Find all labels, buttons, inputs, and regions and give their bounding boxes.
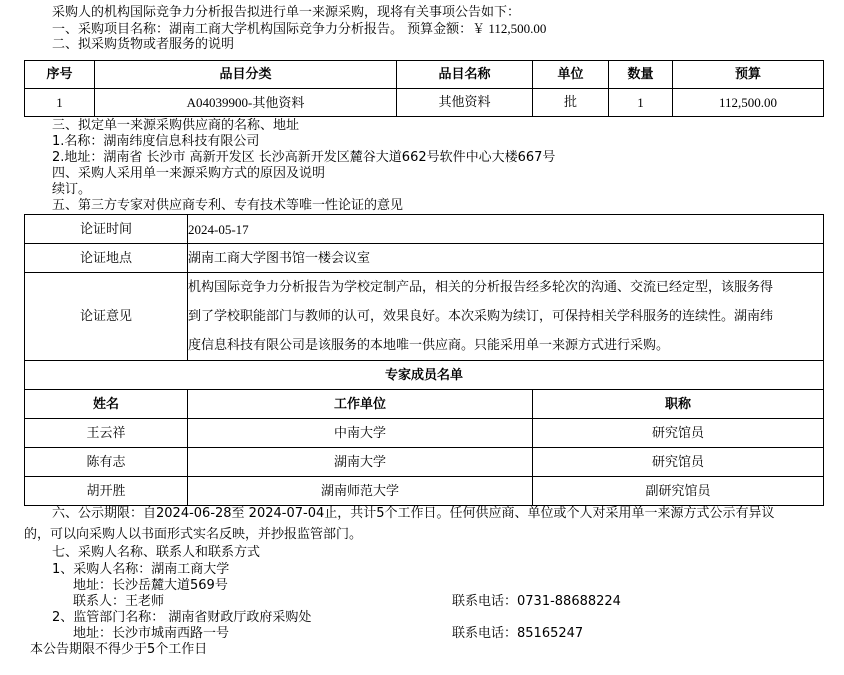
table-row: 王云祥 中南大学 研究馆员 — [25, 419, 824, 448]
items-table-header: 序号 品目分类 品目名称 单位 数量 预算 — [25, 61, 824, 89]
header-expert-title: 职称 — [533, 390, 824, 419]
purchaser-address: 地址：长沙岳麓大道569号 — [73, 578, 228, 594]
table-row: 陈有志 湖南大学 研究馆员 — [25, 448, 824, 477]
cell-unit: 批 — [533, 89, 609, 117]
section-2-title: 二、拟采购货物或者服务的说明 — [52, 37, 234, 53]
experts-title-row: 专家成员名单 — [25, 361, 824, 390]
supervisor-phone: 联系电话：85165247 — [452, 626, 583, 642]
review-time-value: 2024-05-17 — [188, 215, 824, 244]
purchaser-phone: 联系电话：0731-88688224 — [452, 594, 621, 610]
section-5-title: 五、第三方专家对供应商专利、专有技术等唯一性论证的意见 — [52, 198, 403, 214]
review-place-value: 湖南工商大学图书馆一楼会议室 — [188, 244, 824, 273]
review-opinion-row: 论证意见 机构国际竞争力分析报告为学校定制产品，相关的分析报告经多轮次的沟通、交… — [25, 273, 824, 361]
section-1-label: 一、采购项目名称：湖南工商大学机构国际竞争力分析报告。 预算金额： — [52, 22, 472, 37]
experts-header-row: 姓名 工作单位 职称 — [25, 390, 824, 419]
review-table: 论证时间 2024-05-17 论证地点 湖南工商大学图书馆一楼会议室 论证意见… — [24, 214, 824, 506]
section-7-title: 七、采购人名称、联系人和联系方式 — [52, 545, 260, 561]
cell-index: 1 — [25, 89, 95, 117]
expert-org: 中南大学 — [188, 419, 533, 448]
intro-text: 采购人的机构国际竞争力分析报告拟进行单一来源采购，现将有关事项公告如下： — [52, 5, 520, 21]
review-place-row: 论证地点 湖南工商大学图书馆一楼会议室 — [25, 244, 824, 273]
expert-title: 研究馆员 — [533, 419, 824, 448]
section-4-title: 四、采购人采用单一来源采购方式的原因及说明 — [52, 166, 325, 182]
cell-budget: 112,500.00 — [673, 89, 824, 117]
header-index: 序号 — [25, 61, 95, 89]
expert-title: 副研究馆员 — [533, 477, 824, 506]
expert-title: 研究馆员 — [533, 448, 824, 477]
review-time-label: 论证时间 — [25, 215, 188, 244]
expert-org: 湖南大学 — [188, 448, 533, 477]
review-opinion-value: 机构国际竞争力分析报告为学校定制产品，相关的分析报告经多轮次的沟通、交流已经定型… — [188, 273, 824, 361]
expert-org: 湖南师范大学 — [188, 477, 533, 506]
header-item-name: 品目名称 — [397, 61, 533, 89]
budget-amount: ￥ 112,500.00 — [472, 21, 546, 36]
review-place-label: 论证地点 — [25, 244, 188, 273]
review-opinion-label: 论证意见 — [25, 273, 188, 361]
supervisor-name: 2、监管部门名称： 湖南省财政厅政府采购处 — [52, 610, 311, 626]
supervisor-address: 地址：长沙市城南西路一号 — [73, 626, 229, 642]
experts-title: 专家成员名单 — [25, 361, 824, 390]
opinion-line: 机构国际竞争力分析报告为学校定制产品，相关的分析报告经多轮次的沟通、交流已经定型… — [188, 273, 823, 302]
header-unit: 单位 — [533, 61, 609, 89]
expert-name: 王云祥 — [25, 419, 188, 448]
expert-name: 胡开胜 — [25, 477, 188, 506]
purchaser-contact: 联系人：王老师 — [73, 594, 164, 610]
header-expert-name: 姓名 — [25, 390, 188, 419]
header-budget: 预算 — [673, 61, 824, 89]
items-table: 序号 品目分类 品目名称 单位 数量 预算 1 A04039900-其他资料 其… — [24, 60, 824, 117]
cell-category: A04039900-其他资料 — [95, 89, 397, 117]
cell-item-name: 其他资料 — [397, 89, 533, 117]
section-3-title: 三、拟定单一来源采购供应商的名称、地址 — [52, 118, 299, 134]
header-category: 品目分类 — [95, 61, 397, 89]
supplier-address: 2.地址：湖南省 长沙市 高新开发区 长沙高新开发区麓谷大道662号软件中心大楼… — [52, 150, 555, 166]
section-4-body: 续订。 — [52, 182, 91, 198]
table-row: 1 A04039900-其他资料 其他资料 批 1 112,500.00 — [25, 89, 824, 117]
expert-name: 陈有志 — [25, 448, 188, 477]
purchaser-name: 1、采购人名称：湖南工商大学 — [52, 562, 229, 578]
header-quantity: 数量 — [609, 61, 673, 89]
supplier-name: 1.名称：湖南纬度信息科技有限公司 — [52, 134, 259, 150]
section-6-line-1: 六、公示期限：自2024-06-28至 2024-07-04止，共计5个工作日。… — [52, 506, 775, 522]
cell-quantity: 1 — [609, 89, 673, 117]
review-time-row: 论证时间 2024-05-17 — [25, 215, 824, 244]
header-expert-org: 工作单位 — [188, 390, 533, 419]
opinion-line: 度信息科技有限公司是该服务的本地唯一供应商。只能采用单一来源方式进行采购。 — [188, 331, 823, 360]
opinion-line: 到了学校职能部门与教师的认可，效果良好。本次采购为续订，可保持相关学科服务的连续… — [188, 302, 823, 331]
section-6-line-2: 的，可以向采购人以书面形式实名反映，并抄报监管部门。 — [24, 527, 362, 543]
table-row: 胡开胜 湖南师范大学 副研究馆员 — [25, 477, 824, 506]
section-1-project: 一、采购项目名称：湖南工商大学机构国际竞争力分析报告。 预算金额：￥ 112,5… — [52, 21, 546, 38]
footer-note: 本公告期限不得少于5个工作日 — [30, 642, 207, 658]
